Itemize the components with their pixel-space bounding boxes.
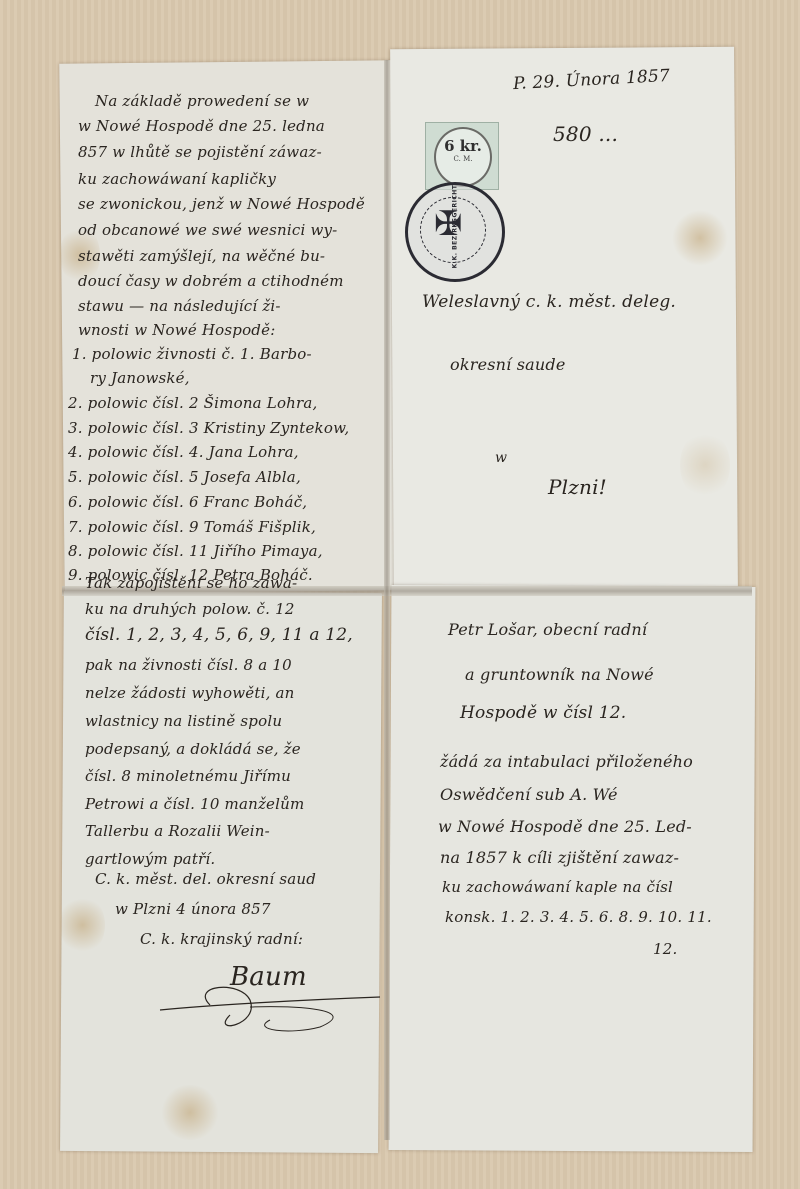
request-line: 12.	[653, 940, 677, 958]
request-line: konsk. 1. 2. 3. 4. 5. 6. 8. 9. 10. 11.	[445, 908, 712, 926]
seal-ring-text: K.K. BEZIRKSGERICHT	[452, 180, 459, 274]
stamp-currency: C. M.	[436, 155, 490, 163]
water-stain	[680, 430, 730, 500]
list-item: 4. polowic čísl. 4. Jana Lohra,	[68, 443, 299, 461]
list-item: 3. polowic čísl. 3 Kristiny Zyntekow,	[68, 419, 349, 437]
closing-line: w Plzni 4 února 857	[115, 900, 271, 918]
water-stain	[160, 1085, 220, 1140]
text-line: w Nowé Hospodě dne 25. ledna	[78, 117, 325, 135]
reference-number: 580 ...	[553, 122, 618, 146]
text-line: 857 w lhůtě se pojistění záwaz-	[78, 143, 322, 161]
request-line: na 1857 k cíli zjištění zawaz-	[440, 848, 679, 867]
text-line: čísl. 8 minoletnému Jiřímu	[85, 767, 291, 785]
signature-flourish-icon	[150, 975, 390, 1035]
list-item: 6. polowic čísl. 6 Franc Boháč,	[68, 493, 307, 511]
text-line: čísl. 1, 2, 3, 4, 5, 6, 9, 11 a 12,	[85, 625, 353, 645]
text-line: ku na druhých polow. č. 12	[85, 600, 295, 618]
list-item: 8. polowic čísl. 11 Jiřího Pimaya,	[68, 542, 323, 560]
list-item: ry Janowské,	[90, 369, 190, 387]
closing-line: C. k. krajinský radní:	[140, 930, 303, 948]
list-item: 7. polowic čísl. 9 Tomáš Fišplik,	[68, 518, 316, 536]
water-stain	[672, 210, 728, 266]
text-line: pak na živnosti čísl. 8 a 10	[85, 656, 292, 674]
list-item: 1. polowic živnosti č. 1. Barbo-	[72, 345, 312, 363]
text-line: stawu — na následující ži-	[78, 297, 281, 315]
water-stain	[60, 895, 105, 955]
text-line: Petrowi a čísl. 10 manželům	[85, 795, 304, 813]
stamp-oval: 6 kr. C. M.	[434, 127, 492, 187]
text-line: Na základě prowedení se w	[95, 92, 309, 110]
text-line: stawěti zamýšlejí, na wěčné bu-	[78, 247, 325, 265]
petitioner-line: Petr Lošar, obecní radní	[448, 620, 647, 639]
address-line: Plzni!	[548, 475, 607, 499]
request-line: ku zachowáwaní kaple na čísl	[442, 878, 673, 896]
text-line: wlastnicy na listině spolu	[85, 712, 282, 730]
text-line: podepsaný, a dokládá se, že	[85, 740, 301, 758]
petitioner-line: a gruntowník na Nowé	[465, 665, 654, 684]
address-line: w	[495, 450, 507, 466]
document-photo: P. 29. Února 1857 580 ... 6 kr. C. M. ✠ …	[0, 0, 800, 1189]
list-item: 5. polowic čísl. 5 Josefa Albla,	[68, 468, 301, 486]
address-line: okresní saude	[450, 355, 566, 374]
text-line: ku zachowáwaní kapličky	[78, 170, 276, 188]
list-item: 2. polowic čísl. 2 Šimona Lohra,	[68, 394, 318, 412]
revenue-stamp: 6 kr. C. M.	[425, 122, 499, 190]
text-line: gartlowým patří.	[85, 850, 215, 868]
closing-line: C. k. měst. del. okresní saud	[95, 870, 316, 888]
request-line: Oswědčení sub A. Wé	[440, 785, 618, 804]
stamp-value: 6 kr.	[436, 137, 490, 155]
request-line: žádá za intabulaci přiloženého	[440, 752, 693, 771]
petitioner-line: Hospodě w čísl 12.	[460, 703, 626, 723]
text-line: Tak zapojistění se ho zawa-	[85, 574, 297, 592]
text-line: se zwonickou, jenž w Nowé Hospodě	[78, 195, 365, 213]
court-seal: ✠ K.K. BEZIRKSGERICHT	[405, 182, 505, 282]
text-line: doucí časy w dobrém a ctihodném	[78, 272, 344, 290]
text-line: Tallerbu a Rozalii Wein-	[85, 822, 270, 840]
text-line: od obcanowé we swé wesnici wy-	[78, 221, 337, 239]
text-line: wnosti w Nowé Hospodě:	[78, 321, 275, 339]
text-line: nelze žádosti wyhowěti, an	[85, 684, 295, 702]
address-line: Weleslavný c. k. měst. deleg.	[422, 292, 676, 312]
request-line: w Nowé Hospodě dne 25. Led-	[438, 817, 692, 836]
